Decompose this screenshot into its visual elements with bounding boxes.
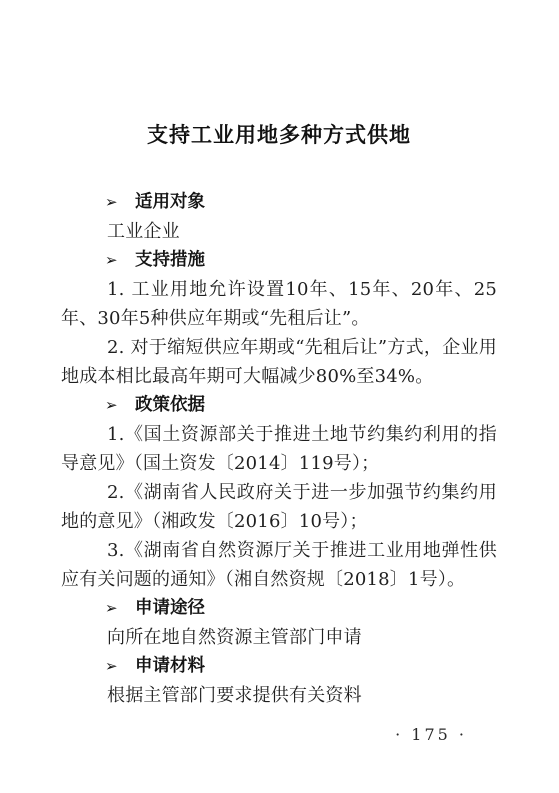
section-heading: ➢适用对象 [61, 188, 497, 217]
paragraph: 向所在地自然资源主管部门申请 [61, 623, 497, 652]
section-application-materials: ➢申请材料 根据主管部门要求提供有关资料 [61, 652, 497, 710]
page-title: 支持工业用地多种方式供地 [61, 118, 497, 152]
arrow-bullet-icon: ➢ [105, 391, 135, 420]
section-heading: ➢申请材料 [61, 652, 497, 681]
section-policy-basis: ➢政策依据 1.《国土资源部关于推进土地节约集约利用的指导意见》（国土资发〔20… [61, 391, 497, 594]
section-heading-label: 适用对象 [135, 192, 205, 212]
document-page: 支持工业用地多种方式供地 ➢适用对象 工业企业 ➢支持措施 1. 工业用地允许设… [0, 0, 559, 793]
paragraph: 1. 工业用地允许设置10年、15年、20年、25年、30年5种供应年期或“先租… [61, 275, 497, 333]
arrow-bullet-icon: ➢ [105, 188, 135, 217]
section-heading-label: 申请途径 [135, 598, 205, 618]
page-content: 支持工业用地多种方式供地 ➢适用对象 工业企业 ➢支持措施 1. 工业用地允许设… [61, 0, 497, 710]
paragraph: 根据主管部门要求提供有关资料 [61, 681, 497, 710]
paragraph: 工业企业 [61, 217, 497, 246]
page-number: · 175 · [395, 725, 467, 745]
section-heading-label: 政策依据 [135, 395, 205, 415]
paragraph: 2.《湖南省人民政府关于进一步加强节约集约用地的意见》（湘政发〔2016〕10号… [61, 478, 497, 536]
section-applicable-target: ➢适用对象 工业企业 [61, 188, 497, 246]
section-heading-label: 支持措施 [135, 250, 205, 270]
section-application-channel: ➢申请途径 向所在地自然资源主管部门申请 [61, 594, 497, 652]
arrow-bullet-icon: ➢ [105, 652, 135, 681]
section-heading: ➢支持措施 [61, 246, 497, 275]
section-heading-label: 申请材料 [135, 656, 205, 676]
section-heading: ➢申请途径 [61, 594, 497, 623]
paragraph: 2. 对于缩短供应年期或“先租后让”方式，企业用地成本相比最高年期可大幅减少80… [61, 333, 497, 391]
arrow-bullet-icon: ➢ [105, 246, 135, 275]
arrow-bullet-icon: ➢ [105, 594, 135, 623]
section-heading: ➢政策依据 [61, 391, 497, 420]
paragraph: 1.《国土资源部关于推进土地节约集约利用的指导意见》（国土资发〔2014〕119… [61, 420, 497, 478]
paragraph: 3.《湖南省自然资源厅关于推进工业用地弹性供应有关问题的通知》（湘自然资规〔20… [61, 536, 497, 594]
section-support-measures: ➢支持措施 1. 工业用地允许设置10年、15年、20年、25年、30年5种供应… [61, 246, 497, 391]
